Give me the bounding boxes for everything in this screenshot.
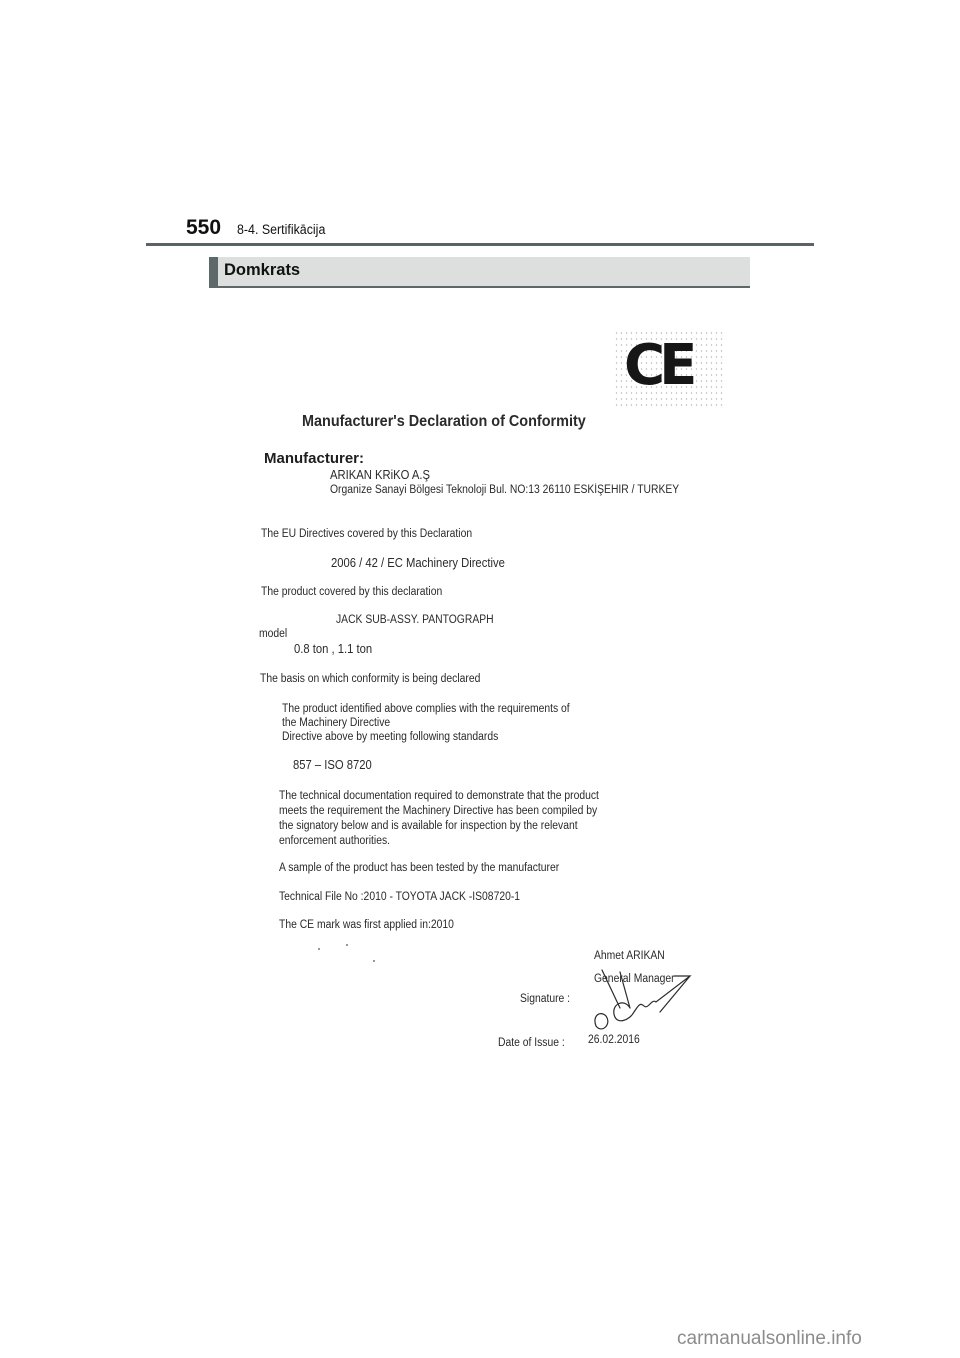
tech-doc-line-4: enforcement authorities. <box>279 835 390 847</box>
model-label: model <box>259 628 287 640</box>
tech-doc-line-3: the signatory below and is available for… <box>279 820 578 832</box>
date-value: 26.02.2016 <box>588 1034 640 1046</box>
handwritten-signature-icon <box>590 968 700 1038</box>
model-value: 0.8 ton , 1.1 ton <box>294 642 372 656</box>
manufacturer-label: Manufacturer: <box>264 450 364 467</box>
manufacturer-name: ARIKAN KRiKO A.Ş <box>330 468 430 482</box>
basis-label: The basis on which conformity is being d… <box>260 673 480 685</box>
basis-line-2: the Machinery Directive <box>282 717 390 729</box>
watermark[interactable]: carmanualsonline.info <box>677 1328 862 1350</box>
date-label: Date of Issue : <box>498 1037 565 1049</box>
product-name: JACK SUB-ASSY. PANTOGRAPH <box>336 614 494 626</box>
ce-mark-icon: CE <box>614 330 724 410</box>
scan-speck <box>318 948 320 950</box>
scan-speck <box>346 944 348 946</box>
technical-file: Technical File No :2010 - TOYOTA JACK -I… <box>279 891 520 903</box>
eu-directive: 2006 / 42 / EC Machinery Directive <box>331 556 505 570</box>
tech-doc-line-1: The technical documentation required to … <box>279 790 599 802</box>
signatory-name: Ahmet ARIKAN <box>594 950 665 962</box>
basis-line-3: Directive above by meeting following sta… <box>282 731 498 743</box>
standard: 857 – ISO 8720 <box>293 758 372 772</box>
manufacturer-address: Organize Sanayi Bölgesi Teknoloji Bul. N… <box>330 484 679 496</box>
scan-speck <box>373 960 375 962</box>
ce-mark-glyph: CE <box>624 338 691 394</box>
signature-label: Signature : <box>520 993 570 1005</box>
ce-first-applied: The CE mark was first applied in:2010 <box>279 919 454 931</box>
product-label: The product covered by this declaration <box>261 586 442 598</box>
basis-line-1: The product identified above complies wi… <box>282 703 570 715</box>
tech-doc-line-2: meets the requirement the Machinery Dire… <box>279 805 597 817</box>
sample-tested: A sample of the product has been tested … <box>279 862 559 874</box>
eu-directives-label: The EU Directives covered by this Declar… <box>261 528 472 540</box>
declaration-document: CE Manufacturer's Declaration of Conform… <box>0 0 960 1358</box>
declaration-title: Manufacturer's Declaration of Conformity <box>302 413 586 431</box>
